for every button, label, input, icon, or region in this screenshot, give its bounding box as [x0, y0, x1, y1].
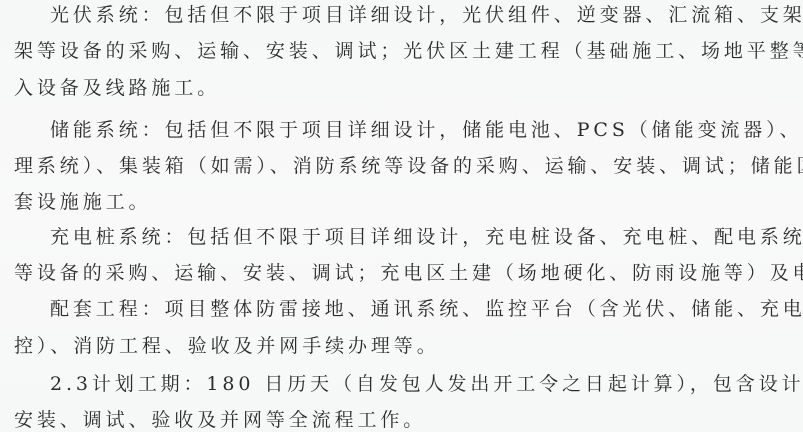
supporting-works-line-1: 配套工程：项目整体防雷接地、通讯系统、监控平台（含光伏、储能、充电桩一体化监 [50, 297, 803, 321]
planned-duration-line-2: 安装、调试、验收及并网等全流程工作。 [14, 408, 426, 432]
planned-duration-line-1: 2.3计划工期：180 日历天（自发包人发出开工令之日起计算），包含设计，设备采… [50, 372, 803, 396]
storage-system-line-2: 理系统）、集装箱（如需）、消防系统等设备的采购、运输、安装、调试；储能区土建及配 [14, 154, 803, 178]
pv-system-line-2: 架等设备的采购、运输、安装、调试；光伏区土建工程（基础施工、场地平整等）；并网接 [14, 39, 803, 63]
storage-system-line-3: 套设施施工。 [14, 190, 151, 214]
document-page: 光伏系统：包括但不限于项目详细设计，光伏组件、逆变器、汇流箱、支架、电缆、桥 架… [0, 0, 803, 432]
pv-system-line-1: 光伏系统：包括但不限于项目详细设计，光伏组件、逆变器、汇流箱、支架、电缆、桥 [50, 3, 803, 27]
charging-system-line-2: 等设备的采购、运输、安装、调试；充电区土建（场地硬化、防雨设施等）及电气接入施工… [14, 261, 803, 285]
charging-system-line-1: 充电桩系统：包括但不限于项目详细设计，充电桩设备、充电桩、配电系统、监控系统 [50, 225, 803, 249]
pv-system-line-3: 入设备及线路施工。 [14, 76, 220, 100]
supporting-works-line-2: 控）、消防工程、验收及并网手续办理等。 [14, 334, 440, 358]
storage-system-line-1: 储能系统：包括但不限于项目详细设计，储能电池、PCS（储能变流器）、BMS（电池… [50, 118, 803, 142]
